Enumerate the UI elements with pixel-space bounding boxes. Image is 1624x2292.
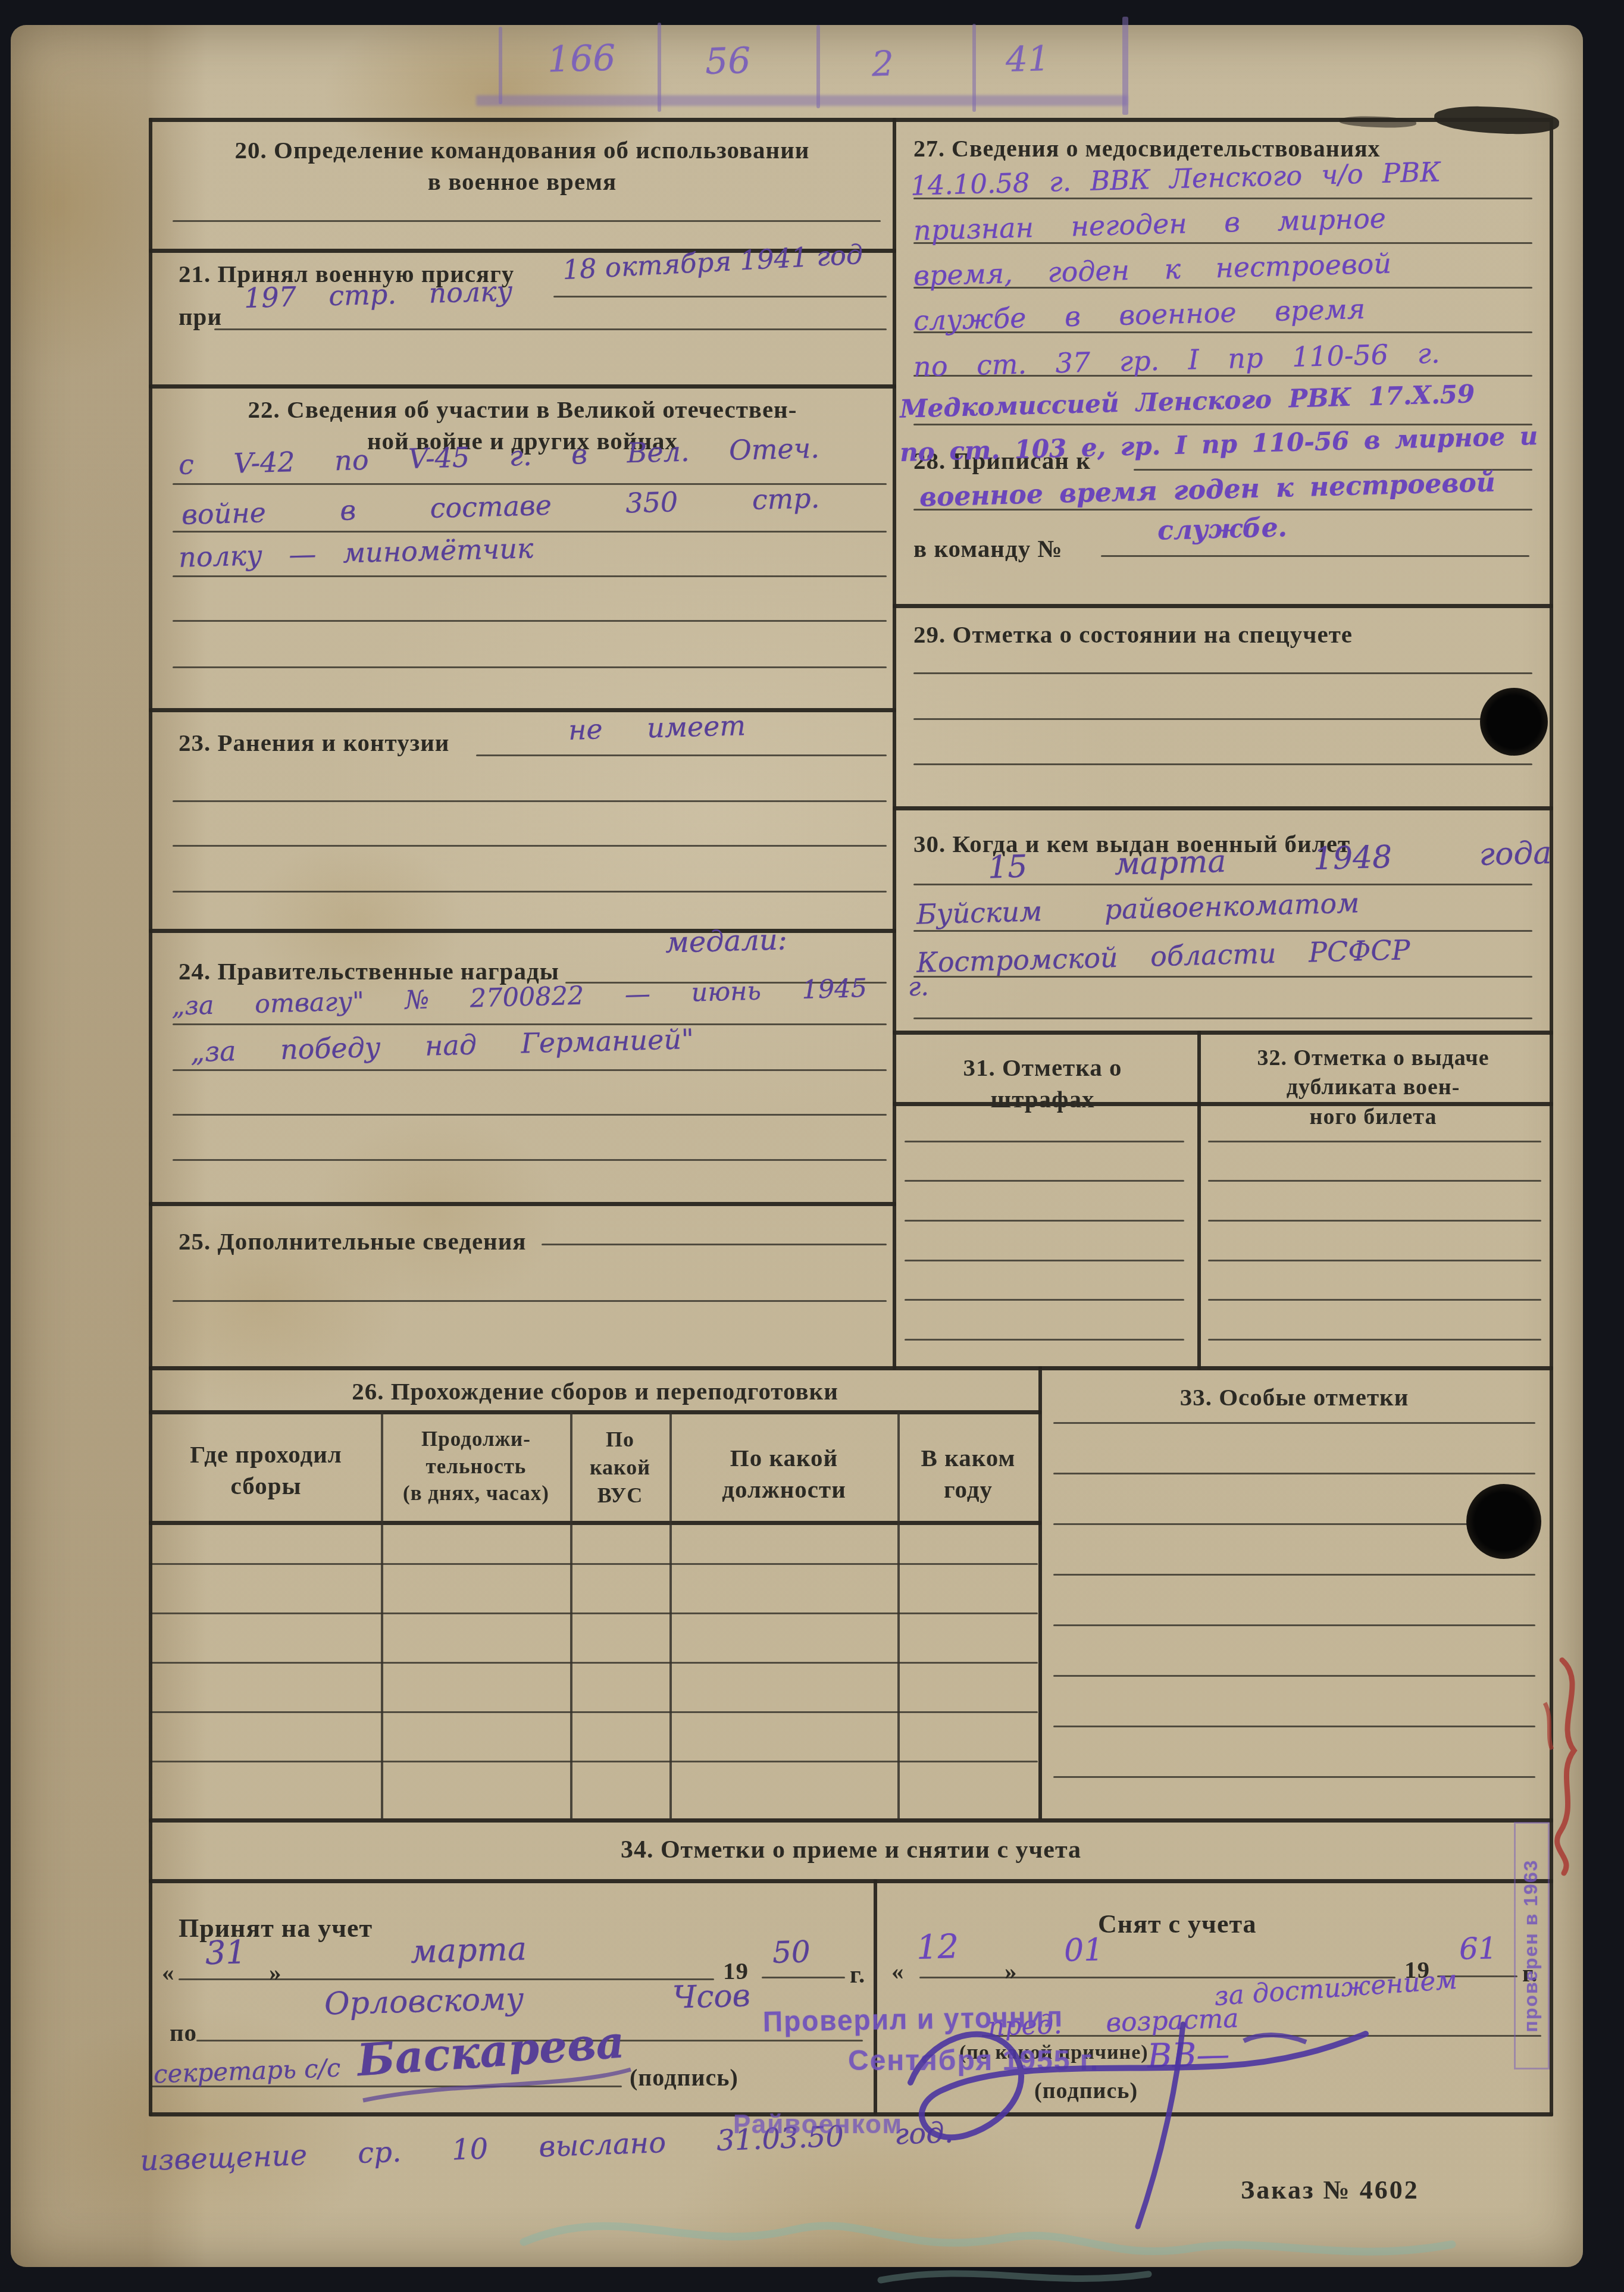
hw-secretary: секретарь с/с	[153, 2055, 341, 2089]
table-26-col-header: По какой должности	[672, 1442, 896, 1506]
hw-removed-sign: ВВ—	[1147, 2036, 1230, 2075]
table-26-col-header: Продолжи- тельность (в днях, часах)	[384, 1426, 568, 1507]
hw-accept-year: 50	[772, 1936, 811, 1970]
field-20-label: 20. Определение командования об использо…	[152, 134, 893, 198]
hw-removed-month: 01	[1063, 1933, 1104, 1968]
field-28-team-label: в команду №	[913, 533, 1063, 565]
order-number: Заказ № 4602	[1241, 2173, 1419, 2207]
header-cell-value: 41	[1005, 40, 1050, 79]
hw-accept-po: Орловскому	[324, 1983, 524, 2022]
punch-hole	[1466, 1484, 1541, 1559]
quote-open: «	[162, 1956, 175, 1988]
po-label: по	[170, 2017, 197, 2049]
hw-removed-day: 12	[916, 1928, 959, 1966]
hw-accept-po2: Чсов	[672, 1979, 750, 2015]
removed-title: Снят с учета	[1098, 1907, 1257, 1941]
table-26-col-header: Где проходил сборы	[154, 1439, 378, 1502]
hw-accept-month: марта	[410, 1931, 527, 1969]
header-cell-value: 56	[705, 41, 751, 82]
field-32-label: 32. Отметка о выдаче дубликата воен- ног…	[1202, 1044, 1544, 1132]
checked-stamp: Проверил и уточнил	[763, 1999, 1064, 2039]
date-stamp: Сентября 1955 г.	[848, 2044, 1099, 2077]
header-cell-value: 2	[871, 45, 894, 84]
punch-hole	[1480, 688, 1548, 756]
pencil-underline	[476, 95, 1128, 106]
header-cell-value: 166	[547, 39, 616, 80]
podpis-label: (подпись)	[630, 2062, 739, 2093]
rvk-stamp: Райвоенком	[733, 2110, 903, 2140]
hw-oath-unit: 197 стр. полку	[243, 276, 512, 313]
quote-close: »	[269, 1956, 282, 1988]
hw-awards-intro: медали:	[665, 924, 787, 959]
quote-open: «	[891, 1955, 905, 1987]
field-23-label: 23. Ранения и контузии	[179, 727, 449, 759]
podpis-label: (подпись)	[1034, 2077, 1138, 2106]
field-33-label: 33. Особые отметки	[1047, 1382, 1541, 1413]
table-26-col-header: В каком году	[900, 1442, 1037, 1506]
field-29-label: 29. Отметка о состоянии на спецучете	[913, 619, 1353, 650]
hw-removed-year: 61	[1459, 1932, 1497, 1966]
field-21-at-label: при	[179, 301, 222, 333]
table-26-title: 26. Прохождение сборов и переподготовки	[149, 1376, 1041, 1407]
hw-medical-line: службе.	[1157, 513, 1287, 546]
quote-close: »	[1005, 1955, 1018, 1987]
field-34-label: 34. Отметки о приеме и снятии с учета	[149, 1834, 1553, 1867]
field-31-label: 31. Отметка о штрафах	[900, 1052, 1185, 1116]
field-25-label: 25. Дополнительные сведения	[179, 1226, 527, 1257]
year-suffix: г.	[850, 1959, 865, 1990]
verified-vertical-stamp: проверен в 1963	[1514, 1822, 1550, 2069]
hw-accept-day: 31	[205, 1934, 246, 1971]
table-26-col-header: По какой ВУС	[572, 1426, 668, 1509]
scanned-military-registration-card: 166 56 2 41 20. Определение командования…	[0, 0, 1624, 2292]
hw-wounds: не имеет	[568, 710, 746, 745]
